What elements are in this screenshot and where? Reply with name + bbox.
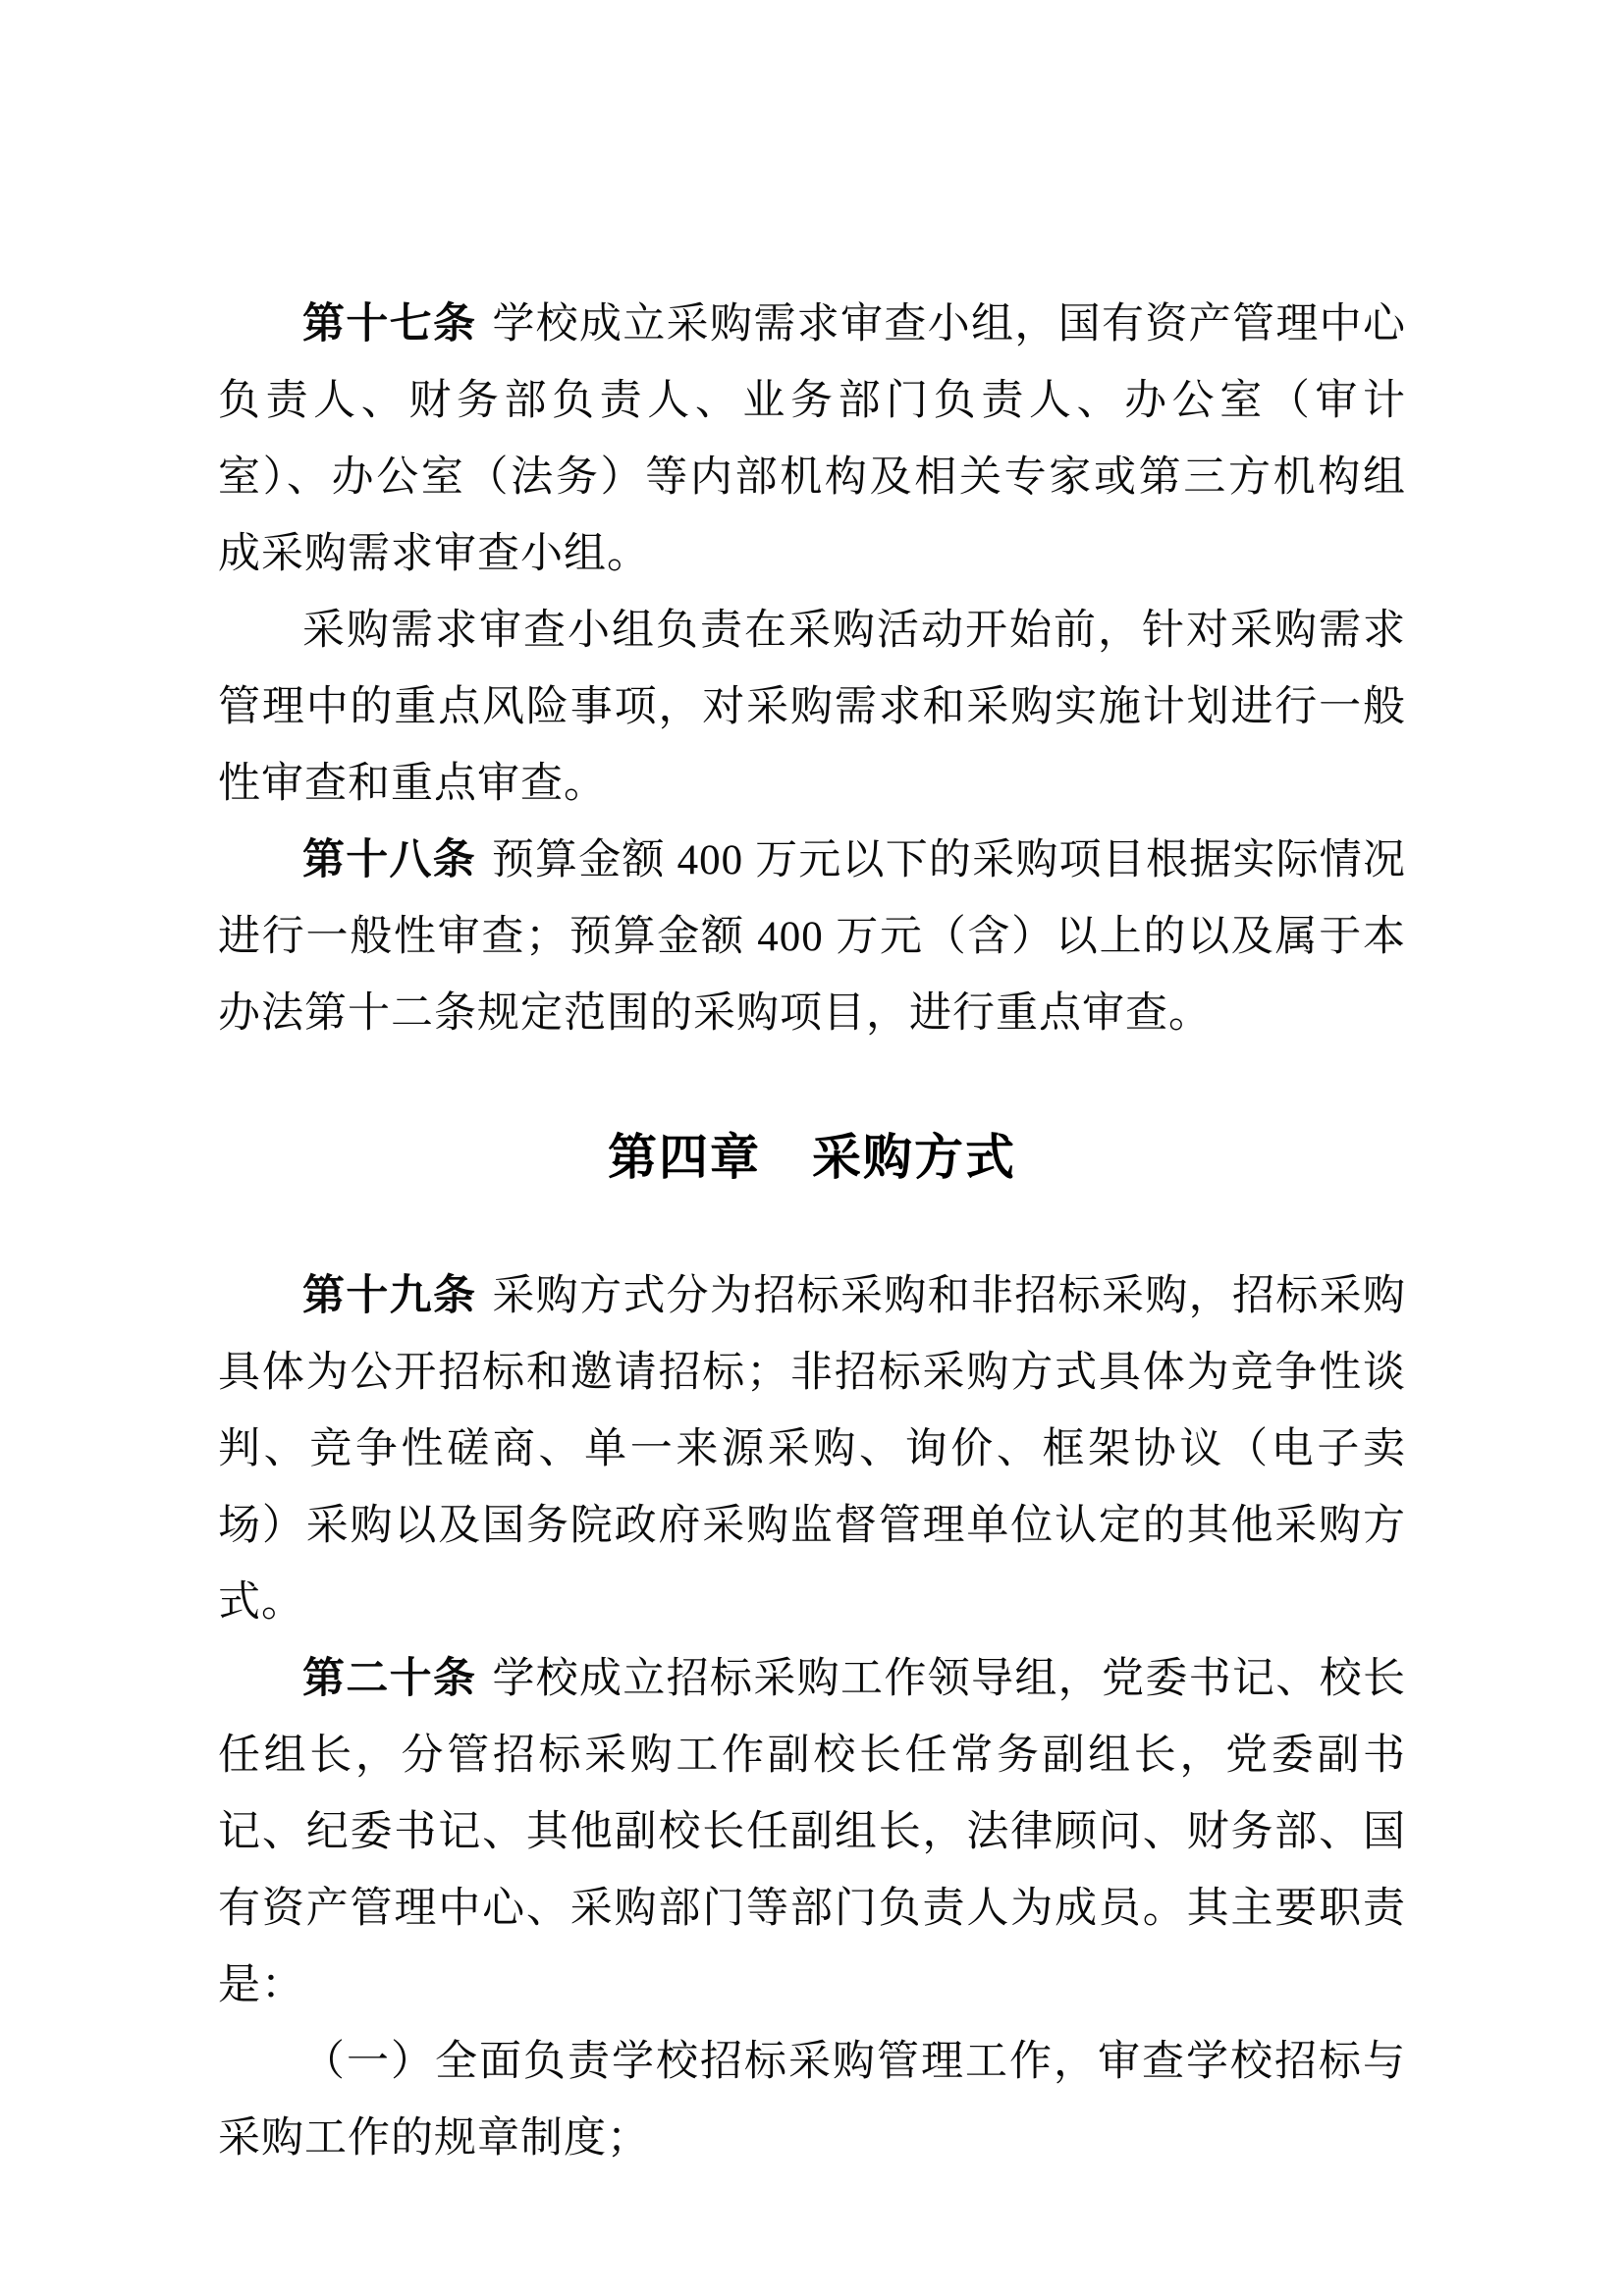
paragraph-text: 第四章 采购方式: [608, 1130, 1016, 1185]
paragraph: 第十九条采购方式分为招标采购和非招标采购，招标采购具体为公开招标和邀请招标；非招…: [218, 1258, 1406, 1641]
article-number: 第二十条: [302, 1656, 476, 1702]
chapter-heading: 第四章 采购方式: [218, 1119, 1406, 1196]
paragraph-text: 采购需求审查小组负责在采购活动开始前，针对采购需求管理中的重点风险事项，对采购需…: [218, 608, 1406, 807]
paragraph: （一）全面负责学校招标采购管理工作，审查学校招标与采购工作的规章制度；: [218, 2024, 1406, 2177]
paragraph-text: （一）全面负责学校招标采购管理工作，审查学校招标与采购工作的规章制度；: [218, 2039, 1406, 2162]
paragraph-text: 学校成立招标采购工作领导组，党委书记、校长任组长，分管招标采购工作副校长任常务副…: [218, 1656, 1406, 2008]
document-content: 第十七条学校成立采购需求审查小组，国有资产管理中心负责人、财务部负责人、业务部门…: [218, 287, 1406, 2177]
article-number: 第十九条: [302, 1273, 476, 1319]
paragraph: 第十八条预算金额 400 万元以下的采购项目根据实际情况进行一般性审查；预算金额…: [218, 823, 1406, 1052]
article-number: 第十七条: [302, 301, 476, 347]
paragraph-text: 采购方式分为招标采购和非招标采购，招标采购具体为公开招标和邀请招标；非招标采购方…: [218, 1273, 1406, 1626]
paragraph: 第二十条学校成立招标采购工作领导组，党委书记、校长任组长，分管招标采购工作副校长…: [218, 1641, 1406, 2024]
paragraph: 采购需求审查小组负责在采购活动开始前，针对采购需求管理中的重点风险事项，对采购需…: [218, 593, 1406, 823]
paragraph: 第十七条学校成立采购需求审查小组，国有资产管理中心负责人、财务部负责人、业务部门…: [218, 287, 1406, 593]
article-number: 第十八条: [302, 837, 476, 883]
document-page: 第十七条学校成立采购需求审查小组，国有资产管理中心负责人、财务部负责人、业务部门…: [0, 0, 1624, 2296]
